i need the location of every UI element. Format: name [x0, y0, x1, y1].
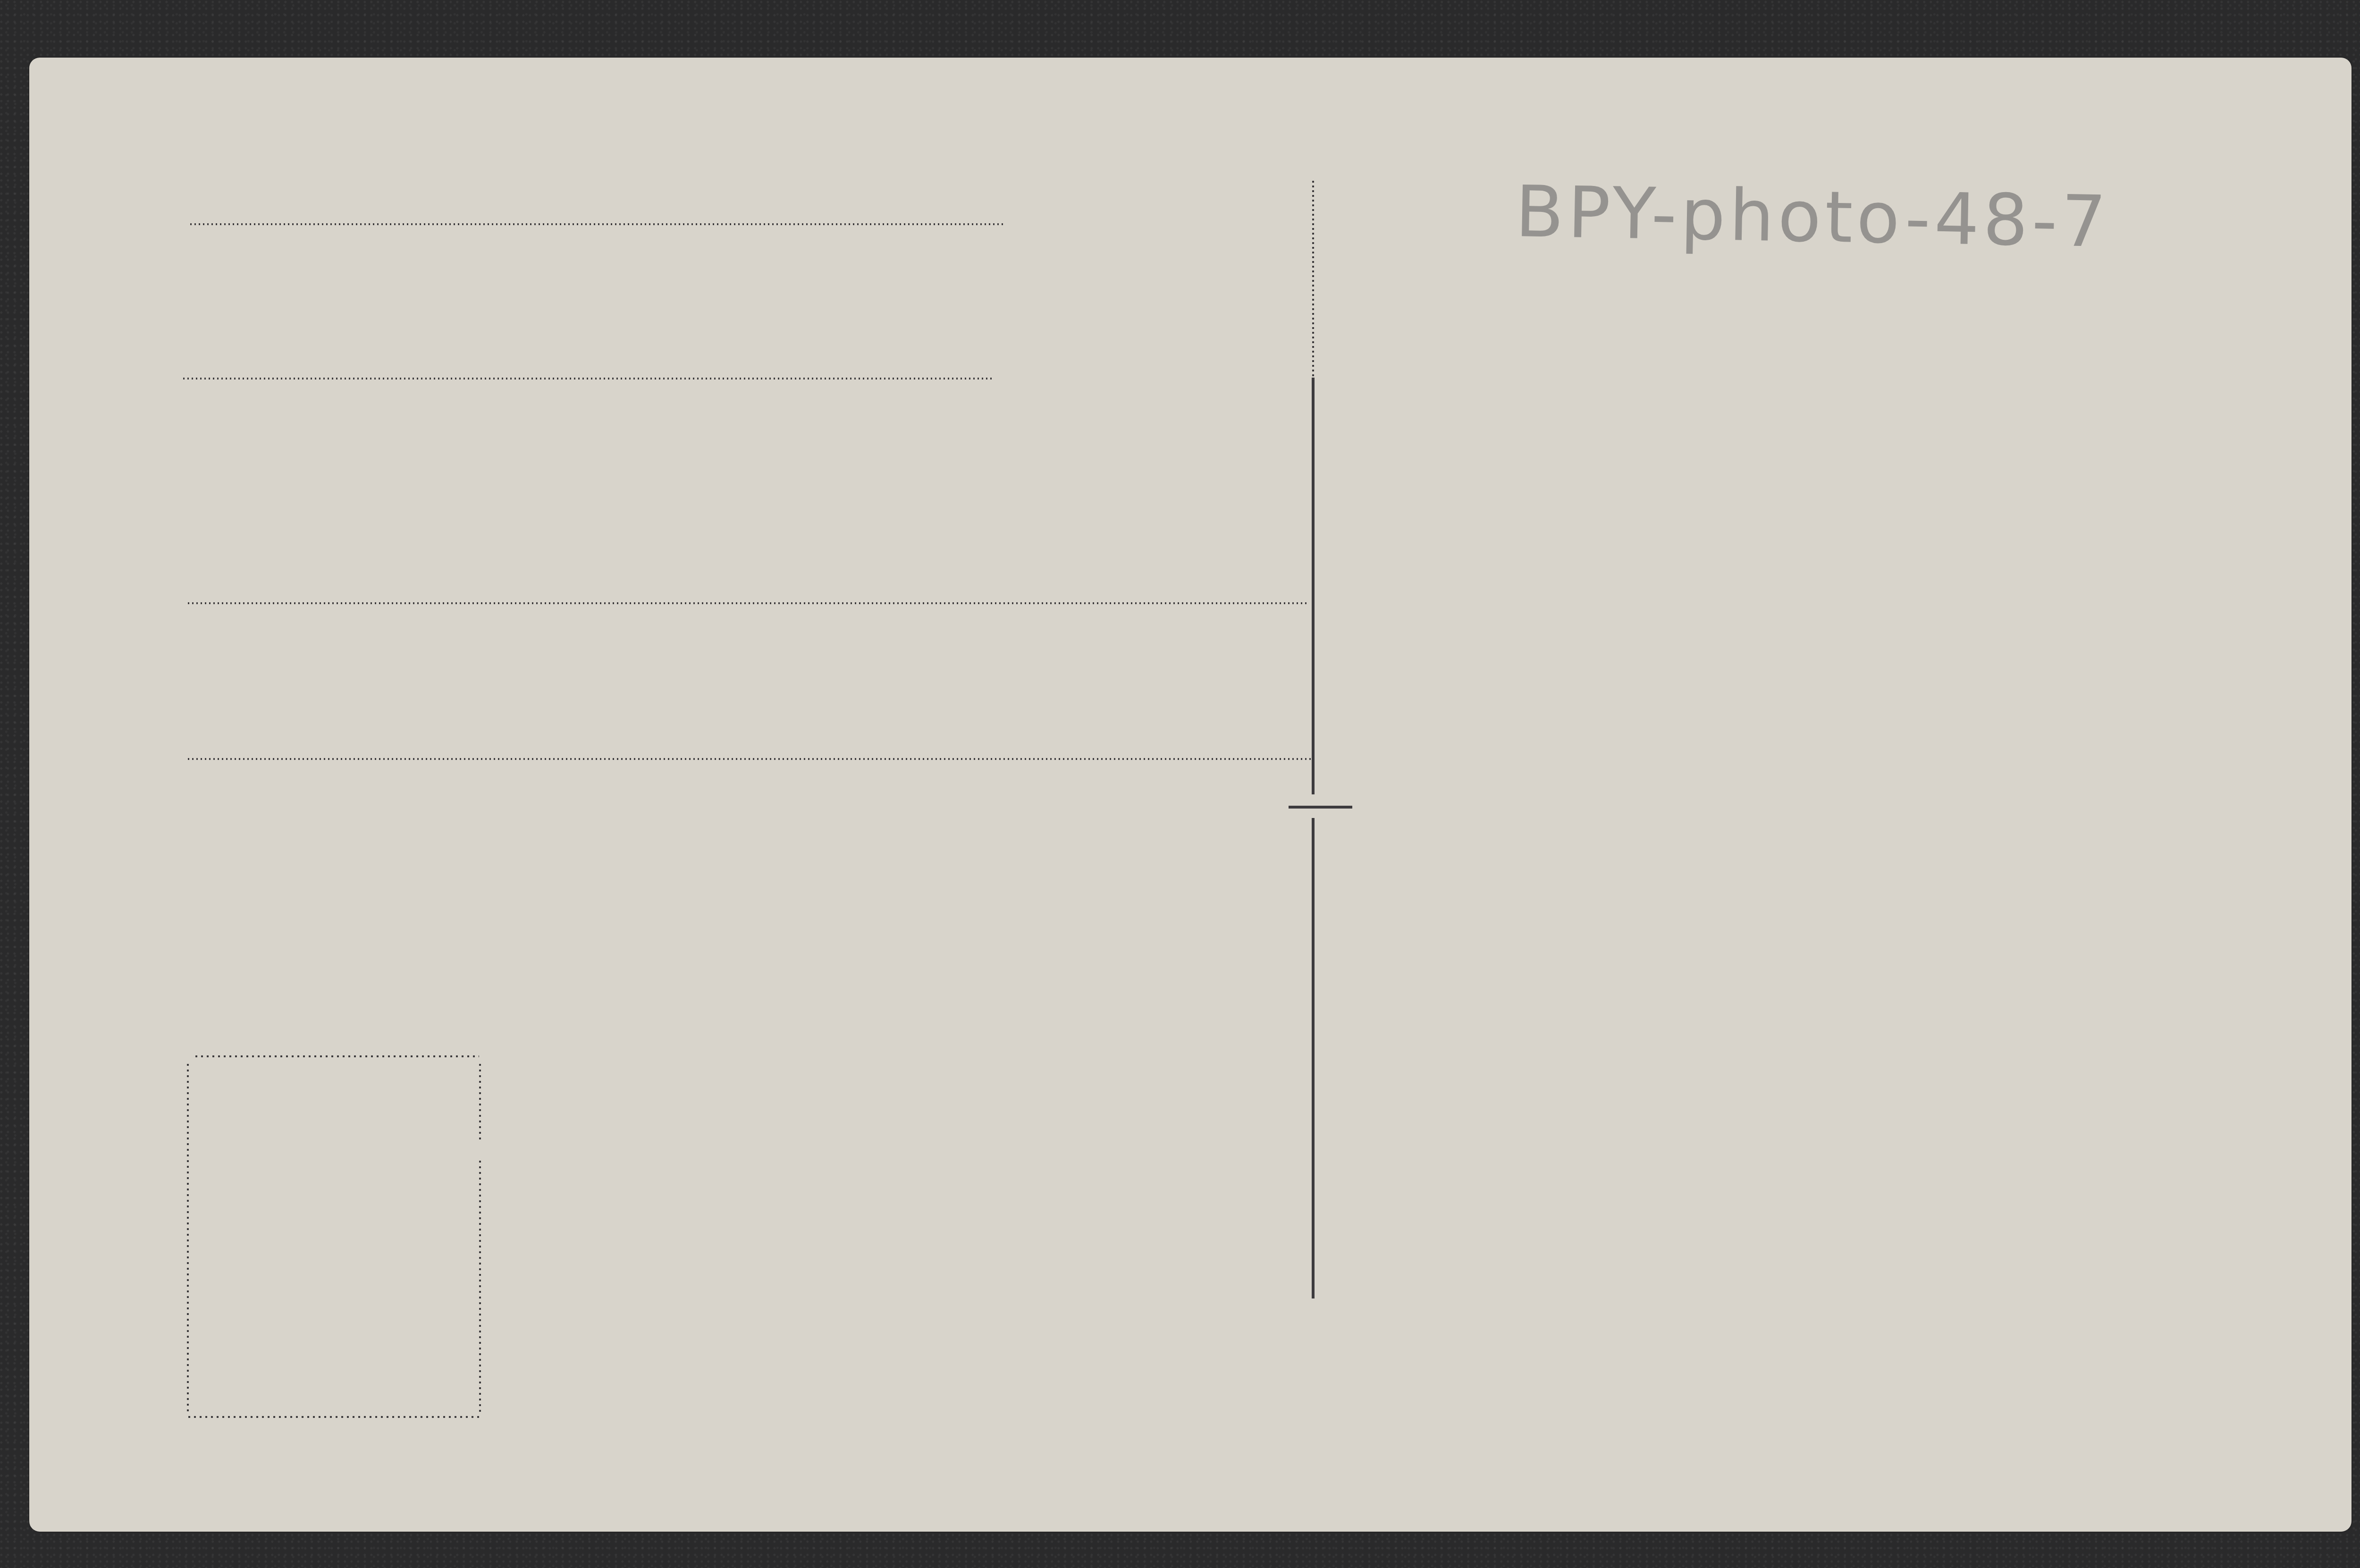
- stamp-box-right-edge-lower: [479, 1159, 481, 1414]
- address-line-2: [182, 377, 994, 380]
- postcard: BPY-photo-48-7: [29, 58, 2352, 1532]
- stamp-box-left-edge: [186, 1062, 189, 1414]
- address-line-4: [186, 758, 1313, 760]
- divider-line-upper: [1312, 378, 1315, 794]
- stamp-box-top-edge: [194, 1055, 479, 1058]
- divider-line-top-dotted: [1312, 179, 1315, 378]
- stamp-box-bottom-edge: [186, 1416, 481, 1418]
- stamp-box-right-edge-upper: [479, 1062, 481, 1140]
- handwritten-archive-label: BPY-photo-48-7: [1515, 171, 2111, 263]
- divider-cross-tick: [1289, 806, 1352, 809]
- divider-line-lower: [1312, 818, 1315, 1298]
- stamp-box: [186, 1055, 481, 1418]
- address-line-3: [186, 602, 1308, 605]
- address-line-1: [189, 223, 1005, 226]
